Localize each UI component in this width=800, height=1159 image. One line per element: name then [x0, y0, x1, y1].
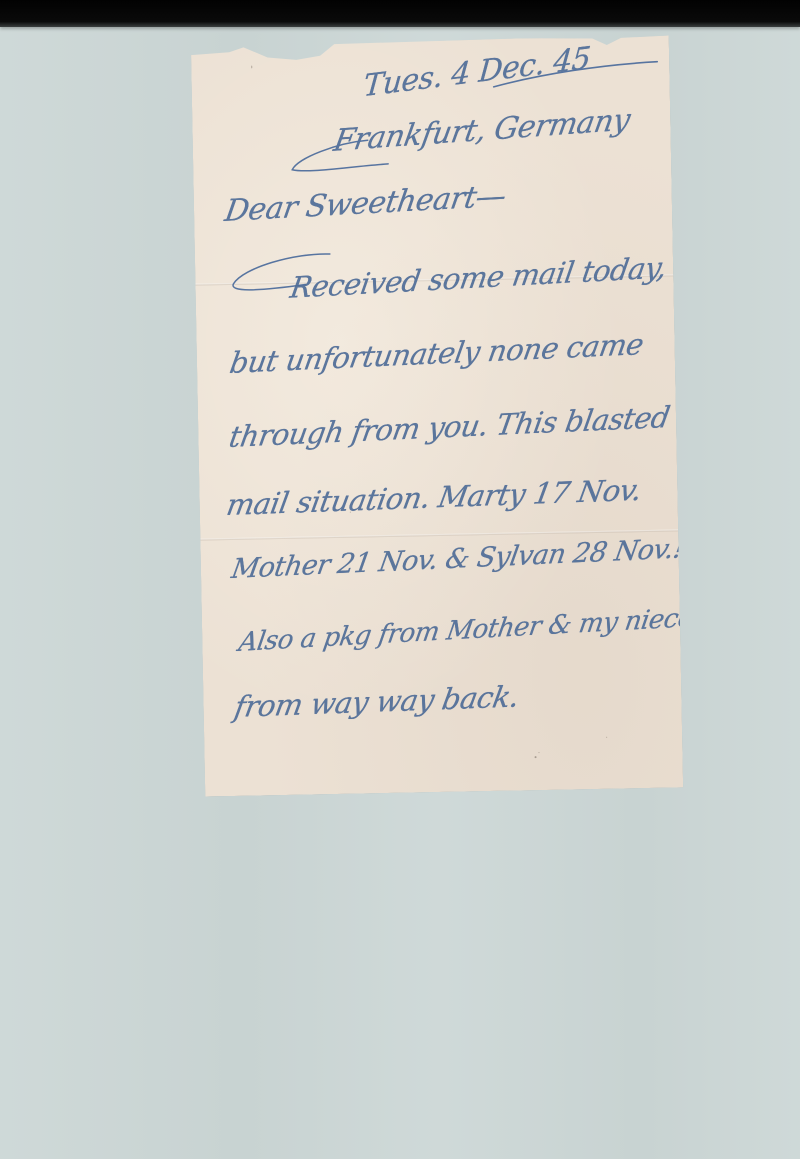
- letter-body-line: mail situation. Marty 17 Nov.: [224, 473, 644, 522]
- letter-salutation: Dear Sweetheart—: [222, 179, 508, 230]
- letter-body-line: but unfortunately none came: [227, 327, 646, 380]
- letter-body-line: from way way back.: [232, 679, 522, 724]
- letter-body-line: Mother 21 Nov. & Sylvan 28 Nov.!: [229, 533, 686, 585]
- letter-body-line: through from you. This blasted: [227, 400, 673, 454]
- letter-place: Frankfurt, Germany: [331, 102, 633, 159]
- letter-date: Tues. 4 Dec. 45: [362, 40, 592, 104]
- letter-body-line: Received some mail today,: [288, 250, 669, 305]
- letter-page: Tues. 4 Dec. 45 Frankfurt, Germany Dear …: [191, 35, 683, 796]
- paper-specks: [191, 35, 669, 44]
- scanner-lid-edge: [0, 0, 800, 27]
- letter-body-line: Also a pkg from Mother & my nieces: [237, 602, 708, 658]
